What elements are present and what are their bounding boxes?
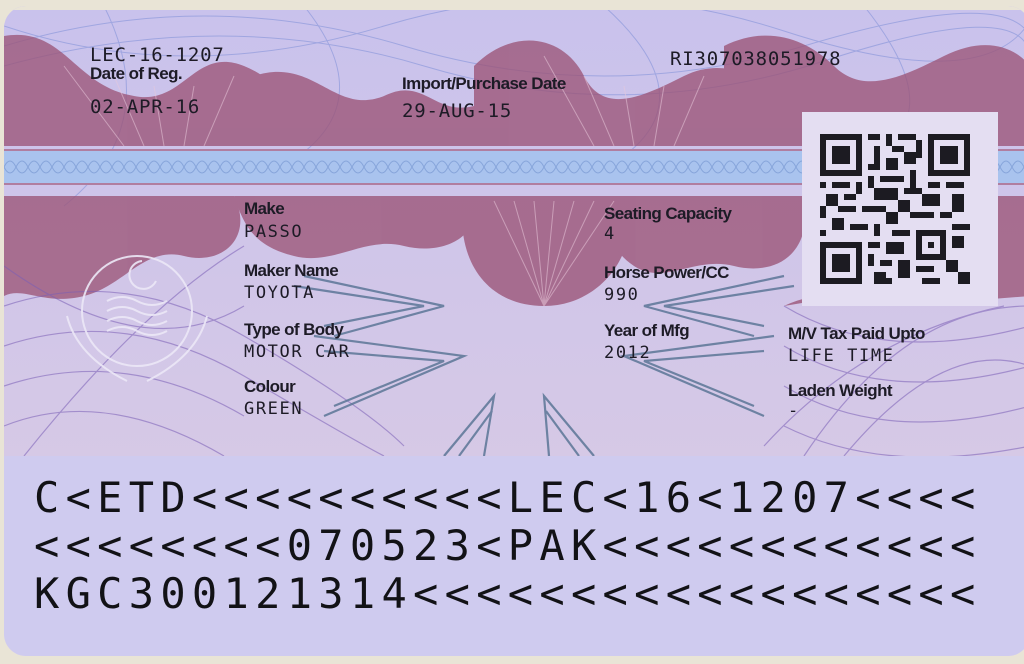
make-value: PASSO	[244, 222, 303, 242]
date-of-reg-value: 02-APR-16	[90, 96, 200, 118]
make-label: Make	[244, 199, 284, 219]
type-of-body-value: MOTOR CAR	[244, 342, 351, 362]
import-date-value: 29-AUG-15	[402, 100, 512, 122]
tax-paid-upto-value: LIFE TIME	[788, 346, 895, 366]
mrz-line-2: <<<<<<<<070523<PAK<<<<<<<<<<<<	[34, 522, 982, 570]
year-of-mfg-label: Year of Mfg	[604, 321, 689, 341]
vehicle-registration-card: LEC-16-1207 Date of Reg. 02-APR-16 Impor…	[4, 6, 1024, 656]
maker-name-label: Maker Name	[244, 261, 338, 281]
import-date-label: Import/Purchase Date	[402, 74, 566, 94]
type-of-body-label: Type of Body	[244, 320, 343, 340]
colour-label: Colour	[244, 377, 295, 397]
tax-paid-upto-label: M/V Tax Paid Upto	[788, 324, 925, 344]
seating-capacity-value: 4	[604, 224, 616, 244]
qr-code-icon	[820, 134, 970, 284]
laden-weight-label: Laden Weight	[788, 381, 892, 401]
date-of-reg-label: Date of Reg.	[90, 64, 182, 84]
machine-readable-zone: C<ETD<<<<<<<<<<LEC<16<1207<<<< <<<<<<<<0…	[34, 474, 982, 618]
seating-capacity-label: Seating Capacity	[604, 204, 731, 224]
government-emblem-icon	[52, 246, 222, 396]
qr-code[interactable]	[802, 112, 998, 306]
year-of-mfg-value: 2012	[604, 343, 651, 363]
registration-number: LEC-16-1207	[90, 44, 225, 66]
horse-power-value: 990	[604, 285, 640, 305]
horse-power-label: Horse Power/CC	[604, 263, 729, 283]
serial-number: RI307038051978	[670, 48, 841, 70]
mrz-line-1: C<ETD<<<<<<<<<<LEC<16<1207<<<<	[34, 474, 982, 522]
maker-name-value: TOYOTA	[244, 283, 315, 303]
laden-weight-value: -	[788, 401, 800, 421]
mrz-line-3: KGC300121314<<<<<<<<<<<<<<<<<<	[34, 570, 982, 618]
colour-value: GREEN	[244, 399, 303, 419]
